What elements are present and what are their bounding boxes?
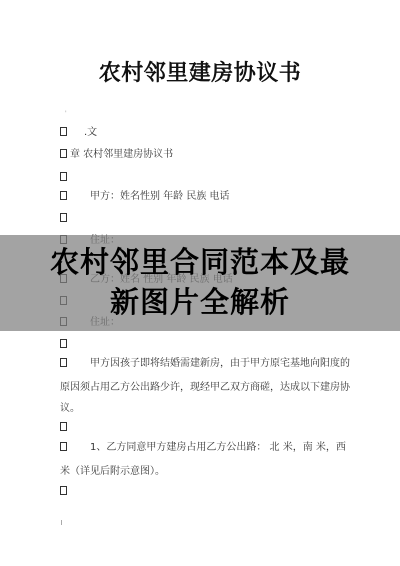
- placeholder-box-icon: [60, 172, 67, 181]
- placeholder-box-icon: [60, 149, 67, 158]
- doc-line-text: 章 农村邻里建房协议书: [70, 148, 173, 161]
- overlay-headline-line-2: 新图片全解析: [0, 282, 400, 322]
- doc-line: 1、乙方同意甲方建房占用乙方公出路： 北 米，南 米，西: [60, 441, 67, 454]
- doc-line: 甲方：姓名性别 年龄 民族 电话: [60, 190, 67, 203]
- doc-line: [60, 212, 67, 225]
- tick-mark: ': [65, 110, 67, 117]
- doc-line: [60, 485, 67, 498]
- page-end-mark: [61, 520, 62, 525]
- placeholder-box-icon: [60, 442, 67, 451]
- doc-line: [60, 338, 67, 351]
- placeholder-box-icon: [60, 127, 67, 136]
- doc-line: .文: [60, 126, 67, 139]
- doc-line-text: .文: [84, 126, 97, 139]
- clause-1-line-1: 1、乙方同意甲方建房占用乙方公出路： 北 米，南 米，西: [90, 441, 346, 454]
- placeholder-box-icon: [60, 213, 67, 222]
- overlay-headline: 农村邻里合同范本及最 新图片全解析: [0, 242, 400, 322]
- doc-line: [60, 171, 67, 184]
- doc-line: [60, 421, 67, 434]
- overlay-headline-line-1: 农村邻里合同范本及最: [0, 242, 400, 282]
- party-a-info: 甲方：姓名性别 年龄 民族 电话: [90, 190, 230, 203]
- document-title: 农村邻里建房协议书: [0, 56, 400, 87]
- clause-1-line-2: 米（详见后附示意图）。: [60, 462, 165, 477]
- placeholder-box-icon: [60, 358, 67, 367]
- doc-line: 甲方因孩子即将结婚需建新房，由于甲方原宅基地向阳度的: [60, 357, 67, 370]
- placeholder-box-icon: [60, 191, 67, 200]
- placeholder-box-icon: [60, 339, 67, 348]
- paragraph-1-line-2: 原因须占用乙方公出路少许，现经甲乙双方商磋，达成以下建房协: [60, 378, 350, 393]
- paragraph-1-line-1: 甲方因孩子即将结婚需建新房，由于甲方原宅基地向阳度的: [90, 357, 350, 370]
- paragraph-1-line-3: 议。: [60, 399, 80, 414]
- placeholder-box-icon: [60, 486, 67, 495]
- placeholder-box-icon: [60, 422, 67, 431]
- doc-line: 章 农村邻里建房协议书: [60, 148, 67, 161]
